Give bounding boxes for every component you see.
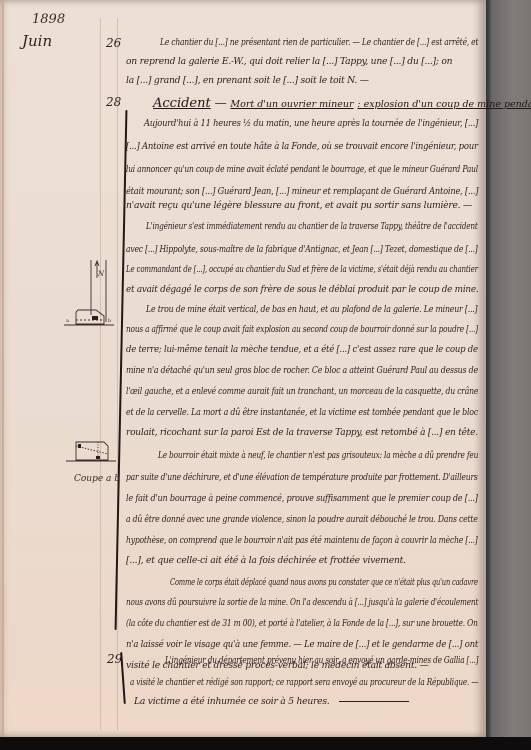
entry-line: Comme le corps était déplacé quand nous … [170, 578, 478, 587]
entry-line: [...], et que celle-ci ait été à la fois… [126, 556, 406, 565]
entry-line: nous avons dû poursuivre la sortie de la… [126, 598, 478, 607]
entry-line: Le bourroir était mixte à neuf, le chant… [158, 451, 478, 460]
entry-line: n'a laissé voir le visage qu'à une femme… [126, 640, 478, 649]
heading-description: : explosion d'un coup de mine pendant le… [357, 99, 531, 110]
entry-line: Aujourd'hui à 11 heures ½ du matin, une … [144, 119, 478, 128]
entry-date: 26 [106, 36, 121, 50]
entry-line: de terre; lui-même tenait la mèche tendu… [126, 345, 478, 354]
entry-line: était mourant; son [...] Guérard Jean, [… [126, 187, 478, 196]
margin-rule [100, 18, 101, 730]
section-sketch-icon [62, 438, 124, 468]
label-a: a [66, 318, 69, 324]
heading-title: Accident [153, 96, 211, 111]
closing-rule [339, 701, 409, 702]
north-label: N [97, 270, 105, 278]
entry-line: la [...] grand [...], en prenant soit le… [126, 76, 369, 85]
entry-line: Le chantier du [...] ne présentant rien … [160, 38, 478, 47]
entry-date: 28 [106, 95, 121, 109]
entry-line: on reprend la galerie E.-W., qui doit re… [126, 57, 452, 66]
entry-line: a dû être donné avec une grande violence… [126, 515, 478, 524]
entry-line: a visité le chantier et rédigé son rappo… [130, 678, 478, 687]
entry-line: Le trou de mine était vertical, de bas e… [146, 305, 477, 314]
heading-separator: — [215, 96, 227, 110]
date-rule [117, 18, 118, 730]
margin-month: Juin [22, 32, 52, 50]
entry-line: Le commandant de [...], occupé au chanti… [126, 265, 478, 274]
entry-line: le fait d'un bourrage à peine commencé, … [126, 494, 478, 503]
accident-heading: Accident — Mort d'un ouvrier mineur : ex… [153, 96, 531, 111]
entry-line: nous a affirmé que le coup avait fait ex… [126, 325, 478, 334]
sketch-caption: Coupe a b [74, 474, 120, 484]
page-edge [2, 0, 4, 737]
entry-line: hypothèse, on comprend que le bourroir n… [126, 536, 478, 545]
entry-line: La victime a été inhumée ce soir à 5 heu… [134, 697, 409, 706]
mine-plan-sketch-icon: N a b [58, 250, 128, 330]
margin-year: 1898 [32, 12, 65, 27]
entry-line: mine n'a détaché qu'un seul gros bloc de… [126, 366, 478, 375]
entry-line: n'avait reçu qu'une légère blessure au f… [126, 201, 472, 210]
entry-line: avec [...] Hippolyte, sous-maître de la … [126, 245, 478, 254]
entry-line: l'œil gauche, et a enlevé comme aurait f… [126, 387, 478, 396]
entry-line: lui annoncer qu'un coup de mine avait éc… [126, 165, 478, 174]
entry-line: et de la cervelle. La mort a dû être ins… [126, 408, 478, 417]
entry-line: par suite d'une déchirure, et d'une élév… [126, 473, 478, 482]
entry-line: [...] Antoine est arrivé en toute hâte à… [126, 142, 478, 151]
manuscript-page: 1898 Juin 26 Le chantier du [...] ne pré… [0, 0, 486, 737]
entry-line: (la côte du chantier est de 31 m 00), et… [126, 619, 478, 628]
entry-line: roulait, ricochant sur la paroi Est de l… [126, 428, 478, 437]
entry-line: L'ingénieur s'est immédiatement rendu au… [146, 222, 478, 231]
heading-subtitle: Mort d'un ouvrier mineur [230, 99, 353, 110]
entry-bracket [120, 652, 126, 704]
entry-line: et avait dégagé le corps de son frère de… [126, 285, 478, 294]
entry-line: L'ingénieur du département prévenu hier … [165, 656, 478, 665]
label-b: b [108, 318, 111, 324]
